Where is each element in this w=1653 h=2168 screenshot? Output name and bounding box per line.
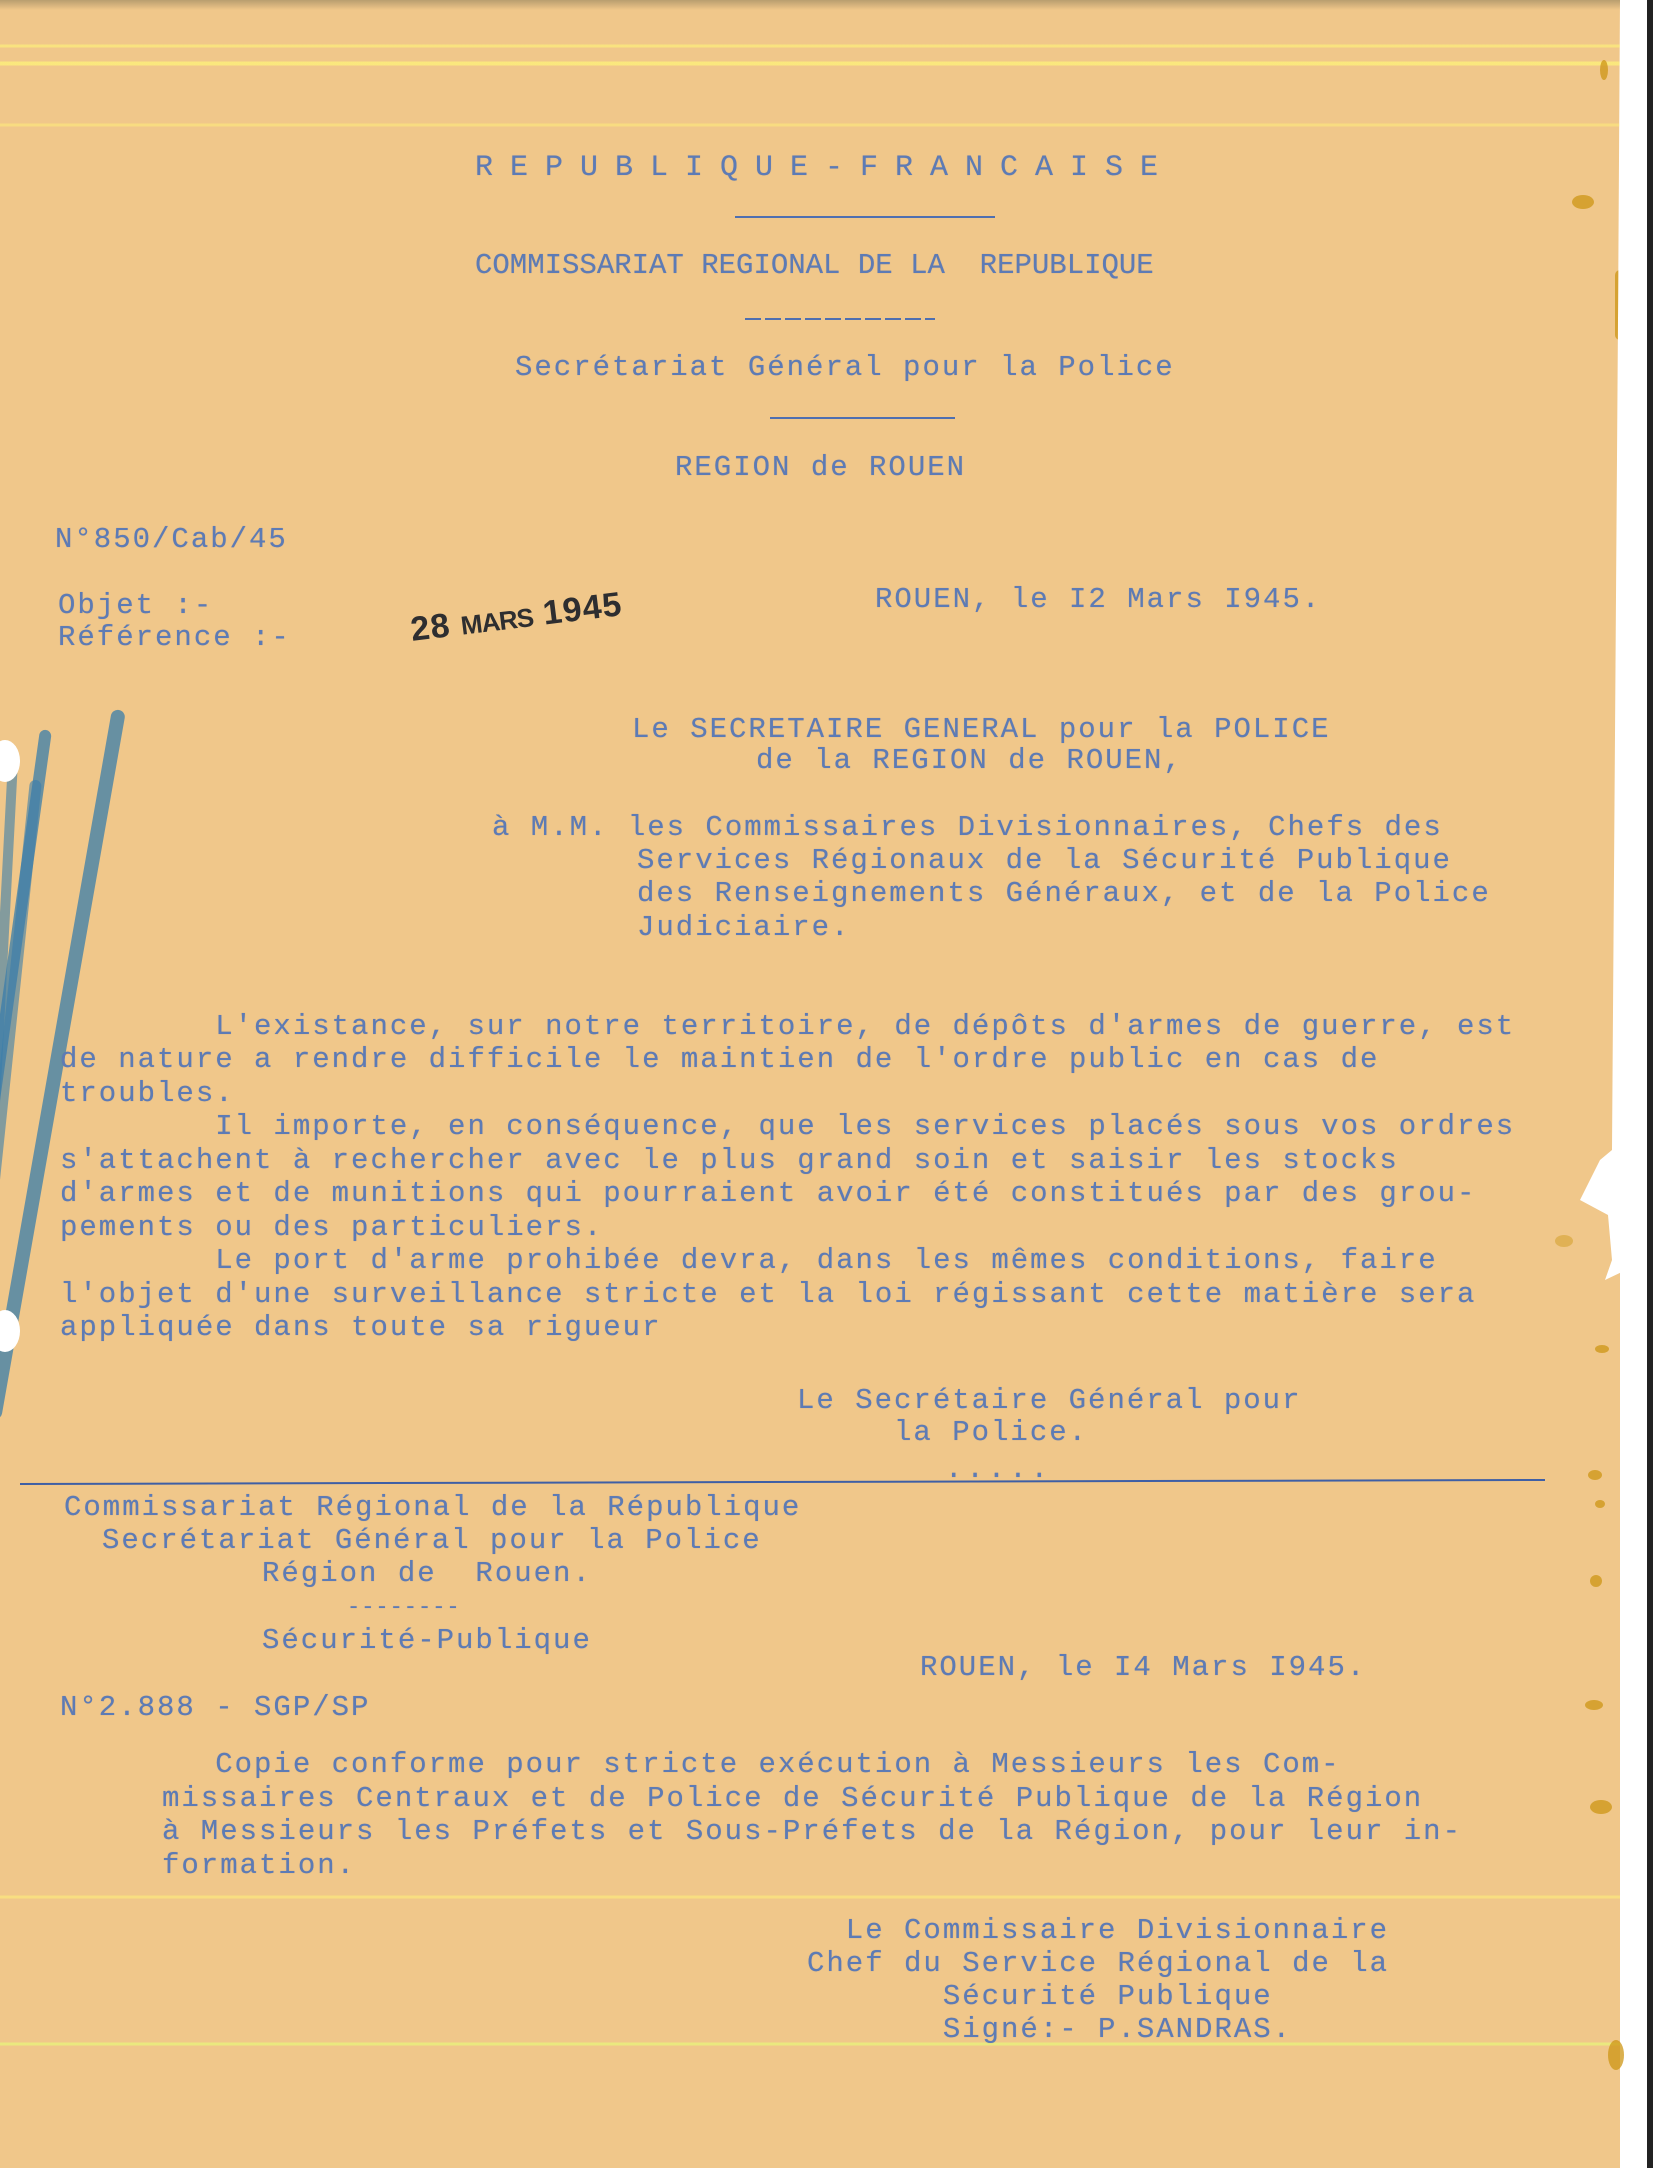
object-label: Objet :- <box>58 588 213 624</box>
foxing-stain <box>1595 1500 1605 1508</box>
body-line: L'existance, sur notre territoire, de dé… <box>60 1010 1515 1044</box>
foxing-stain <box>1595 1345 1609 1353</box>
header-divider <box>745 318 935 320</box>
copy-signature-line: Sécurité Publique <box>807 1979 1273 2015</box>
signature-dots: ..... <box>945 1452 1052 1488</box>
recipients-line: Judiciaire. <box>637 910 850 946</box>
copy-body-line: à Messieurs les Préfets et Sous-Préfets … <box>162 1815 1462 1849</box>
copy-header-line: Région de Rouen. <box>262 1556 592 1592</box>
foxing-stain <box>1588 1470 1602 1480</box>
document-page: REPUBLIQUE-FRANCAISE COMMISSARIAT REGION… <box>0 0 1620 2168</box>
copy-header-service: Sécurité-Publique <box>262 1623 592 1659</box>
foxing-stain <box>1555 1235 1573 1247</box>
body-line: Le port d'arme prohibée devra, dans les … <box>60 1244 1438 1278</box>
body-line: de nature a rendre difficile le maintien… <box>60 1043 1379 1077</box>
signature-line: Le Secrétaire Général pour <box>797 1383 1301 1419</box>
signature-line: la Police. <box>797 1415 1088 1451</box>
section-divider <box>20 1479 1545 1485</box>
foxing-stain <box>1590 1575 1602 1587</box>
body-line: pements ou des particuliers. <box>60 1211 603 1245</box>
foxing-stain <box>1615 270 1625 340</box>
copy-signature-line: Chef du Service Régional de la <box>807 1946 1389 1982</box>
body-line: d'armes et de munitions qui pourraient a… <box>60 1177 1476 1211</box>
header-republic: REPUBLIQUE-FRANCAISE <box>475 150 1175 186</box>
sender-line: de la REGION de ROUEN, <box>756 743 1183 779</box>
copy-header-line: Secrétariat Général pour la Police <box>102 1523 762 1559</box>
body-line: appliquée dans toute sa rigueur <box>60 1311 662 1345</box>
body-line: troubles. <box>60 1077 235 1111</box>
header-divider <box>770 417 955 419</box>
foxing-stain <box>1590 1800 1612 1814</box>
copy-header-separator: -------- <box>347 1590 461 1626</box>
header-secretariat: Secrétariat Général pour la Police <box>515 350 1175 386</box>
reference-label: Référence :- <box>58 620 291 656</box>
body-line: Il importe, en conséquence, que les serv… <box>60 1110 1515 1144</box>
place-date: ROUEN, le I2 Mars I945. <box>875 582 1321 618</box>
foxing-stain <box>1572 195 1594 209</box>
foxing-stain <box>1600 60 1608 80</box>
copy-body-line: formation. <box>162 1849 356 1883</box>
copy-body-line: Copie conforme pour stricte exécution à … <box>60 1748 1341 1782</box>
foxing-stain <box>1608 2040 1624 2070</box>
foxing-stain <box>1585 1700 1603 1710</box>
recipients-line: des Renseignements Généraux, et de la Po… <box>637 876 1491 912</box>
stamp-day: 28 <box>408 606 452 649</box>
reference-number: N°850/Cab/45 <box>55 522 288 558</box>
received-date-stamp: 28 MARS 1945 <box>408 585 624 650</box>
body-line: l'objet d'une surveillance stricte et la… <box>60 1278 1476 1312</box>
stamp-year: 1945 <box>541 585 625 632</box>
recipients-line: Services Régionaux de la Sécurité Publiq… <box>637 843 1452 879</box>
header-region: REGION de ROUEN <box>675 450 966 486</box>
header-divider <box>735 216 995 218</box>
scan-border <box>1647 0 1653 2168</box>
body-line: s'attachent à rechercher avec le plus gr… <box>60 1144 1399 1178</box>
copy-place-date: ROUEN, le I4 Mars I945. <box>920 1650 1366 1686</box>
foxing-stain <box>1618 310 1640 350</box>
copy-signature-line: Le Commissaire Divisionnaire <box>807 1913 1389 1949</box>
stamp-month: MARS <box>459 602 535 641</box>
header-commissariat: COMMISSARIAT REGIONAL DE LA REPUBLIQUE <box>475 248 1154 284</box>
recipients-line: à M.M. les Commissaires Divisionnaires, … <box>492 810 1443 846</box>
copy-reference: N°2.888 - SGP/SP <box>60 1690 370 1726</box>
copy-body-line: missaires Centraux et de Police de Sécur… <box>162 1782 1423 1816</box>
copy-header-line: Commissariat Régional de la République <box>64 1490 801 1526</box>
copy-signature-line: Signé:- P.SANDRAS. <box>807 2012 1292 2048</box>
